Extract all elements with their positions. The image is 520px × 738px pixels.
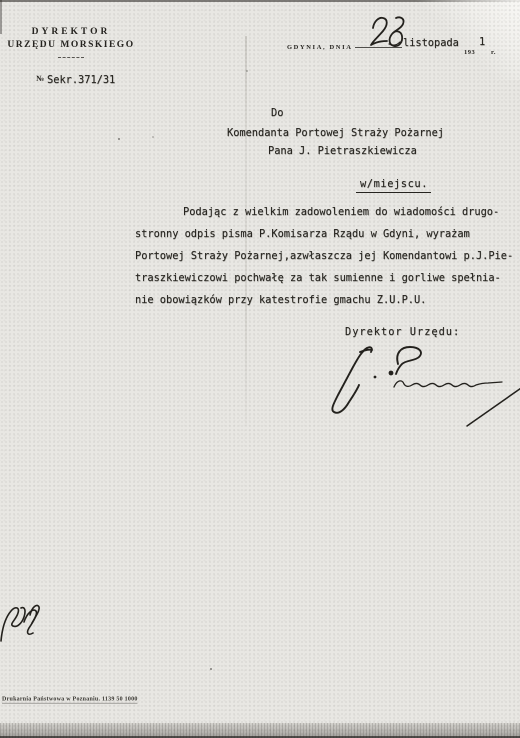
date-fill-in-rule: [355, 47, 402, 48]
handwriting-layer: [0, 0, 520, 738]
recipient-line2: Pana J. Pietraszkiewicza: [268, 145, 417, 158]
dateline-month: listopada: [403, 37, 459, 50]
body-line: Portowej Straży Pożarnej,azwłaszcza jej …: [135, 250, 513, 263]
signature-scrawl: [332, 347, 520, 426]
paper-speck: [246, 70, 248, 72]
dateline-year-typed-digit: 1: [479, 36, 485, 49]
printer-imprint: Drukarnia Państwowa w Poznaniu. 1139 50 …: [2, 690, 217, 708]
recipient-line1: Komendanta Portowej Straży Pożarnej: [227, 127, 444, 140]
reference-number-value: Sekr.371/31: [47, 74, 115, 86]
paraph-scrawl: [1, 605, 39, 641]
paper-speck: [118, 138, 120, 140]
body-line: Podając z wielkim zadowoleniem do wiadom…: [183, 206, 499, 219]
reference-number: №Sekr.371/31: [36, 70, 115, 88]
letterhead-title-line1: DYREKTOR: [0, 27, 142, 37]
body-line: stronny odpis pisma P.Komisarza Rządu w …: [135, 228, 470, 241]
letterhead-title-line2: URZĘDU MORSKIEGO: [0, 40, 142, 50]
paper-speck: [210, 668, 212, 670]
closing-title: Dyrektor Urzędu:: [345, 326, 460, 339]
recipient-salutation: Do: [271, 107, 283, 120]
body-line: traszkiewiczowi pochwałę za tak sumienne…: [135, 272, 501, 285]
letterhead-divider-rule: [58, 57, 84, 58]
dateline-year-suffix: r.: [491, 43, 498, 61]
paper-speck: [152, 136, 154, 138]
numero-sign: №: [36, 74, 44, 83]
recipient-location: w/miejscu.: [356, 178, 431, 193]
body-line: nie obowiązków przy katestrofie gmachu Z…: [135, 294, 426, 307]
scanned-letter-page: DYREKTOR URZĘDU MORSKIEGO №Sekr.371/31 G…: [0, 0, 520, 738]
